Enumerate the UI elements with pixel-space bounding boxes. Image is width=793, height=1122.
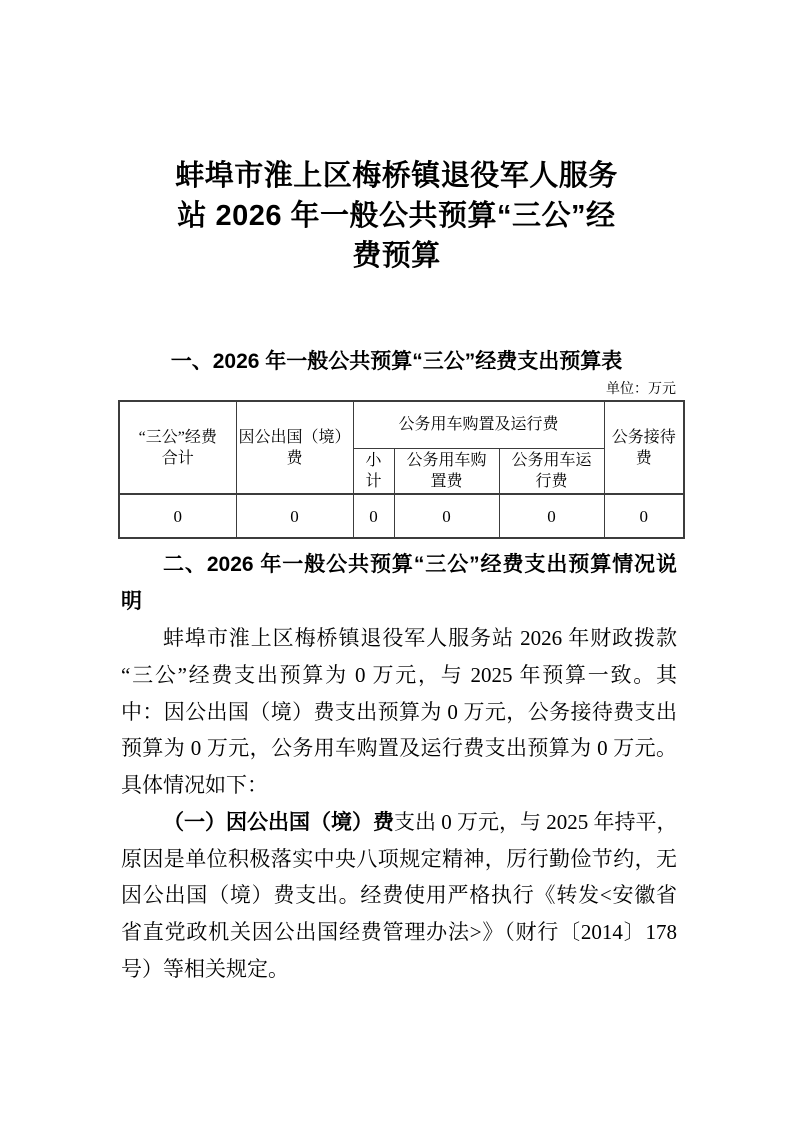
- header-cell-total: “三公”经费 合计: [119, 401, 236, 494]
- value-cell-reception: 0: [604, 494, 684, 538]
- header-operation-line1: 公务用车运: [502, 450, 602, 471]
- section2-heading-line2: 明: [121, 584, 677, 621]
- para1-line4: 预算为 0 万元，公务用车购置及运行费支出预算为 0 万元。: [121, 730, 677, 767]
- section2-heading-line1: 二、2026 年一般公共预算“三公”经费支出预算情况说: [121, 547, 677, 584]
- value-cell-abroad: 0: [236, 494, 353, 538]
- section1-heading: 一、2026 年一般公共预算“三公”经费支出预算表: [0, 349, 793, 375]
- para1-line1: 蚌埠市淮上区梅桥镇退役军人服务站 2026 年财政拨款: [121, 620, 677, 657]
- header-cell-operation: 公务用车运 行费: [499, 448, 604, 494]
- header-subtotal-line1: 小: [356, 450, 392, 471]
- header-purchase-line1: 公务用车购: [397, 450, 497, 471]
- header-reception-line1: 公务接待: [607, 427, 682, 448]
- header-cell-purchase: 公务用车购 置费: [394, 448, 499, 494]
- para1-line2: “三公”经费支出预算为 0 万元，与 2025 年预算一致。其: [121, 657, 677, 694]
- para2-line5: 号）等相关规定。: [121, 951, 677, 988]
- document-title-line-2: 站 2026 年一般公共预算“三公”经: [60, 196, 733, 236]
- para2-line1: （一）因公出国（境）费支出 0 万元，与 2025 年持平，: [121, 804, 677, 841]
- value-cell-operation: 0: [499, 494, 604, 538]
- header-total-line2: 合计: [122, 448, 234, 469]
- para2-line1-rest: 支出 0 万元，与 2025 年持平，: [394, 810, 677, 834]
- header-cell-subtotal: 小 计: [353, 448, 394, 494]
- three-public-budget-table: “三公”经费 合计 因公出国（境） 费 公务用车购置及运行费 公务接待 费 小 …: [118, 400, 685, 539]
- document-title-line-3: 费预算: [60, 236, 733, 276]
- document-title: 蚌埠市淮上区梅桥镇退役军人服务 站 2026 年一般公共预算“三公”经 费预算: [60, 156, 733, 276]
- para2-line2: 原因是单位积极落实中央八项规定精神，厉行勤俭节约，无: [121, 841, 677, 878]
- para2-bold-lead: （一）因公出国（境）费: [163, 810, 394, 834]
- header-abroad-line1: 因公出国（境）: [239, 427, 351, 448]
- header-cell-vehicle-group: 公务用车购置及运行费: [353, 401, 604, 448]
- document-page: 蚌埠市淮上区梅桥镇退役军人服务 站 2026 年一般公共预算“三公”经 费预算 …: [0, 0, 793, 1122]
- para1-line3: 中：因公出国（境）费支出预算为 0 万元，公务接待费支出: [121, 694, 677, 731]
- header-reception-line2: 费: [607, 448, 682, 469]
- para1-line5: 具体情况如下：: [121, 767, 677, 804]
- header-purchase-line2: 置费: [397, 471, 497, 492]
- value-cell-subtotal: 0: [353, 494, 394, 538]
- header-cell-reception: 公务接待 费: [604, 401, 684, 494]
- header-total-line1: “三公”经费: [122, 427, 234, 448]
- header-abroad-line2: 费: [239, 448, 351, 469]
- value-cell-purchase: 0: [394, 494, 499, 538]
- value-cell-total: 0: [119, 494, 236, 538]
- header-subtotal-line2: 计: [356, 471, 392, 492]
- para2-line3: 因公出国（境）费支出。经费使用严格执行《转发<安徽省: [121, 877, 677, 914]
- unit-note: 单位：万元: [118, 381, 676, 398]
- section2-body: 二、2026 年一般公共预算“三公”经费支出预算情况说 明 蚌埠市淮上区梅桥镇退…: [121, 547, 677, 987]
- para2-line4: 省直党政机关因公出国经费管理办法>》（财行〔2014〕178: [121, 914, 677, 951]
- header-operation-line2: 行费: [502, 471, 602, 492]
- document-title-line-1: 蚌埠市淮上区梅桥镇退役军人服务: [60, 156, 733, 196]
- header-cell-abroad: 因公出国（境） 费: [236, 401, 353, 494]
